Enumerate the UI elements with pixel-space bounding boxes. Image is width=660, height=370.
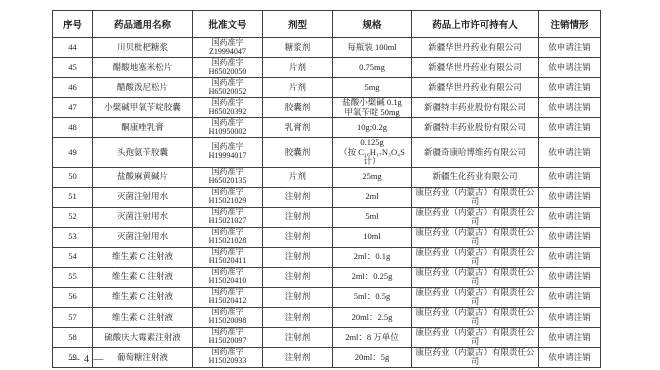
cell-dosage-form: 注射剂: [263, 307, 333, 327]
table-row: 50 盐酸麻黄碱片 国药准字 H65020135 片剂 25mg 新疆生化药业有…: [53, 167, 601, 187]
cell-specification: 0.125g （按 C₁₆H₁₇N₃O₄S 计）: [333, 138, 412, 168]
col-header-approval: 批准文号: [193, 11, 263, 38]
cell-cancellation-type: 依申请注销: [539, 167, 601, 187]
table-body: 44 川贝枇杷糖浆 国药准字 Z19994047 糖浆剂 每瓶装 100ml 新…: [53, 38, 601, 368]
table-header: 序号 药品通用名称 批准文号 剂型 规格 药品上市许可持有人 注销情形: [53, 11, 601, 38]
cell-approval-number: 国药准字 H15020097: [193, 327, 263, 347]
cell-serial-number: 57: [53, 307, 93, 327]
table-row: 48 酮康唑乳膏 国药准字 H10950002 乳膏剂 10g:0.2g 新疆特…: [53, 118, 601, 138]
cell-cancellation-type: 依申请注销: [539, 187, 601, 207]
cell-license-holder: 新疆华世丹药业有限公司: [412, 78, 539, 98]
table-row: 53 灭菌注射用水 国药准字 H15021028 注射剂 10ml 康臣药业（内…: [53, 227, 601, 247]
table-row: 49 头孢氨苄胶囊 国药准字 H19994017 胶囊剂 0.125g （按 C…: [53, 138, 601, 168]
cell-serial-number: 47: [53, 98, 93, 118]
cell-specification: 每瓶装 100ml: [333, 38, 412, 58]
cell-dosage-form: 胶囊剂: [263, 138, 333, 168]
cell-specification: 20ml：5g: [333, 347, 412, 367]
cell-approval-number: 国药准字 H15020410: [193, 267, 263, 287]
cell-specification: 2ml：0.1g: [333, 247, 412, 267]
table-row: 58 硫酸庆大霉素注射液 国药准字 H15020097 注射剂 2ml：8 万单…: [53, 327, 601, 347]
cell-drug-name: 维生素 C 注射液: [93, 287, 193, 307]
cell-dosage-form: 注射剂: [263, 327, 333, 347]
col-header-status: 注销情形: [539, 11, 601, 38]
cell-serial-number: 53: [53, 227, 93, 247]
cell-license-holder: 康臣药业（内蒙古）有限责任公司: [412, 267, 539, 287]
cell-dosage-form: 胶囊剂: [263, 98, 333, 118]
cell-approval-number: 国药准字 H10950002: [193, 118, 263, 138]
cell-drug-name: 灭菌注射用水: [93, 227, 193, 247]
col-header-holder: 药品上市许可持有人: [412, 11, 539, 38]
cell-cancellation-type: 依申请注销: [539, 307, 601, 327]
cell-dosage-form: 注射剂: [263, 247, 333, 267]
scanned-document-page: 序号 药品通用名称 批准文号 剂型 规格 药品上市许可持有人 注销情形 44 川…: [0, 0, 660, 370]
cell-cancellation-type: 依申请注销: [539, 138, 601, 168]
cell-specification: 20ml：2.5g: [333, 307, 412, 327]
cell-approval-number: 国药准字 H65020052: [193, 78, 263, 98]
cell-specification: 5mg: [333, 78, 412, 98]
cell-license-holder: 新疆特丰药业股份有限公司: [412, 118, 539, 138]
cell-specification: 10ml: [333, 227, 412, 247]
cell-serial-number: 50: [53, 167, 93, 187]
cell-license-holder: 新疆特丰药业股份有限公司: [412, 98, 539, 118]
cell-specification: 5ml：0.5g: [333, 287, 412, 307]
cell-cancellation-type: 依申请注销: [539, 207, 601, 227]
col-header-no: 序号: [53, 11, 93, 38]
cell-license-holder: 康臣药业（内蒙古）有限责任公司: [412, 287, 539, 307]
cell-drug-name: 醋酸泼尼松片: [93, 78, 193, 98]
cell-license-holder: 新疆生化药业有限公司: [412, 167, 539, 187]
cell-serial-number: 49: [53, 138, 93, 168]
cell-approval-number: 国药准字 H65020050: [193, 58, 263, 78]
cell-cancellation-type: 依申请注销: [539, 58, 601, 78]
cell-dosage-form: 片剂: [263, 78, 333, 98]
cell-cancellation-type: 依申请注销: [539, 38, 601, 58]
cell-serial-number: 58: [53, 327, 93, 347]
drug-registration-table: 序号 药品通用名称 批准文号 剂型 规格 药品上市许可持有人 注销情形 44 川…: [52, 10, 601, 368]
cell-drug-name: 小檗碱甲氧苄啶胶囊: [93, 98, 193, 118]
cell-serial-number: 52: [53, 207, 93, 227]
cell-cancellation-type: 依申请注销: [539, 227, 601, 247]
table-row: 46 醋酸泼尼松片 国药准字 H65020052 片剂 5mg 新疆华世丹药业有…: [53, 78, 601, 98]
cell-specification: 10g:0.2g: [333, 118, 412, 138]
cell-serial-number: 45: [53, 58, 93, 78]
cell-license-holder: 新疆华世丹药业有限公司: [412, 38, 539, 58]
cell-specification: 2ml：8 万单位: [333, 327, 412, 347]
cell-cancellation-type: 依申请注销: [539, 327, 601, 347]
cell-approval-number: 国药准字 H15020933: [193, 347, 263, 367]
cell-dosage-form: 糖浆剂: [263, 38, 333, 58]
cell-serial-number: 46: [53, 78, 93, 98]
cell-specification: 0.75mg: [333, 58, 412, 78]
cell-drug-name: 维生素 C 注射液: [93, 267, 193, 287]
cell-cancellation-type: 依申请注销: [539, 98, 601, 118]
cell-dosage-form: 注射剂: [263, 227, 333, 247]
cell-approval-number: 国药准字 H65020392: [193, 98, 263, 118]
cell-license-holder: 康臣药业（内蒙古）有限责任公司: [412, 187, 539, 207]
table-row: 52 灭菌注射用水 国药准字 H15021027 注射剂 5ml 康臣药业（内蒙…: [53, 207, 601, 227]
cell-serial-number: 54: [53, 247, 93, 267]
table-row: 44 川贝枇杷糖浆 国药准字 Z19994047 糖浆剂 每瓶装 100ml 新…: [53, 38, 601, 58]
cell-drug-name: 川贝枇杷糖浆: [93, 38, 193, 58]
cell-license-holder: 康臣药业（内蒙古）有限责任公司: [412, 227, 539, 247]
cell-license-holder: 康臣药业（内蒙古）有限责任公司: [412, 347, 539, 367]
cell-specification: 盐酸小檗碱 0.1g 甲氧苄啶 50mg: [333, 98, 412, 118]
cell-cancellation-type: 依申请注销: [539, 247, 601, 267]
page-number: — 4 —: [56, 354, 118, 365]
cell-serial-number: 55: [53, 267, 93, 287]
cell-dosage-form: 乳膏剂: [263, 118, 333, 138]
table-row: 47 小檗碱甲氧苄啶胶囊 国药准字 H65020392 胶囊剂 盐酸小檗碱 0.…: [53, 98, 601, 118]
cell-approval-number: 国药准字 H15021028: [193, 227, 263, 247]
cell-license-holder: 康臣药业（内蒙古）有限责任公司: [412, 327, 539, 347]
cell-approval-number: 国药准字 H15020412: [193, 287, 263, 307]
cell-approval-number: 国药准字 H15021027: [193, 207, 263, 227]
cell-specification: 25mg: [333, 167, 412, 187]
cell-approval-number: 国药准字 H15020411: [193, 247, 263, 267]
cell-dosage-form: 注射剂: [263, 187, 333, 207]
cell-drug-name: 硫酸庆大霉素注射液: [93, 327, 193, 347]
cell-drug-name: 酮康唑乳膏: [93, 118, 193, 138]
col-header-spec: 规格: [333, 11, 412, 38]
table-row: 54 维生素 C 注射液 国药准字 H15020411 注射剂 2ml：0.1g…: [53, 247, 601, 267]
cell-drug-name: 醋酸地塞米松片: [93, 58, 193, 78]
cell-license-holder: 康臣药业（内蒙古）有限责任公司: [412, 307, 539, 327]
cell-serial-number: 44: [53, 38, 93, 58]
cell-license-holder: 新疆华世丹药业有限公司: [412, 58, 539, 78]
table-row: 51 灭菌注射用水 国药准字 H15021029 注射剂 2ml 康臣药业（内蒙…: [53, 187, 601, 207]
cell-approval-number: 国药准字 H65020135: [193, 167, 263, 187]
header-row: 序号 药品通用名称 批准文号 剂型 规格 药品上市许可持有人 注销情形: [53, 11, 601, 38]
table-row: 57 维生素 C 注射液 国药准字 H15020098 注射剂 20ml：2.5…: [53, 307, 601, 327]
cell-dosage-form: 注射剂: [263, 287, 333, 307]
cell-cancellation-type: 依申请注销: [539, 287, 601, 307]
cell-license-holder: 新疆奇康哈博维药有限公司: [412, 138, 539, 168]
cell-specification: 5ml: [333, 207, 412, 227]
cell-approval-number: 国药准字 Z19994047: [193, 38, 263, 58]
table-row: 59 葡萄糖注射液 国药准字 H15020933 注射剂 20ml：5g 康臣药…: [53, 347, 601, 367]
cell-dosage-form: 片剂: [263, 167, 333, 187]
cell-drug-name: 维生素 C 注射液: [93, 247, 193, 267]
cell-serial-number: 56: [53, 287, 93, 307]
cell-approval-number: 国药准字 H15020098: [193, 307, 263, 327]
cell-cancellation-type: 依申请注销: [539, 347, 601, 367]
cell-drug-name: 灭菌注射用水: [93, 207, 193, 227]
cell-license-holder: 康臣药业（内蒙古）有限责任公司: [412, 247, 539, 267]
cell-approval-number: 国药准字 H19994017: [193, 138, 263, 168]
cell-cancellation-type: 依申请注销: [539, 78, 601, 98]
cell-serial-number: 48: [53, 118, 93, 138]
cell-drug-name: 维生素 C 注射液: [93, 307, 193, 327]
table-row: 45 醋酸地塞米松片 国药准字 H65020050 片剂 0.75mg 新疆华世…: [53, 58, 601, 78]
cell-dosage-form: 注射剂: [263, 207, 333, 227]
cell-specification: 2ml：0.25g: [333, 267, 412, 287]
cell-dosage-form: 注射剂: [263, 267, 333, 287]
table-row: 56 维生素 C 注射液 国药准字 H15020412 注射剂 5ml：0.5g…: [53, 287, 601, 307]
cell-drug-name: 盐酸麻黄碱片: [93, 167, 193, 187]
cell-license-holder: 康臣药业（内蒙古）有限责任公司: [412, 207, 539, 227]
cell-dosage-form: 片剂: [263, 58, 333, 78]
table-row: 55 维生素 C 注射液 国药准字 H15020410 注射剂 2ml：0.25…: [53, 267, 601, 287]
cell-specification: 2ml: [333, 187, 412, 207]
cell-drug-name: 头孢氨苄胶囊: [93, 138, 193, 168]
cell-dosage-form: 注射剂: [263, 347, 333, 367]
cell-cancellation-type: 依申请注销: [539, 118, 601, 138]
cell-approval-number: 国药准字 H15021029: [193, 187, 263, 207]
col-header-name: 药品通用名称: [93, 11, 193, 38]
cell-drug-name: 灭菌注射用水: [93, 187, 193, 207]
col-header-form: 剂型: [263, 11, 333, 38]
cell-serial-number: 51: [53, 187, 93, 207]
cell-cancellation-type: 依申请注销: [539, 267, 601, 287]
